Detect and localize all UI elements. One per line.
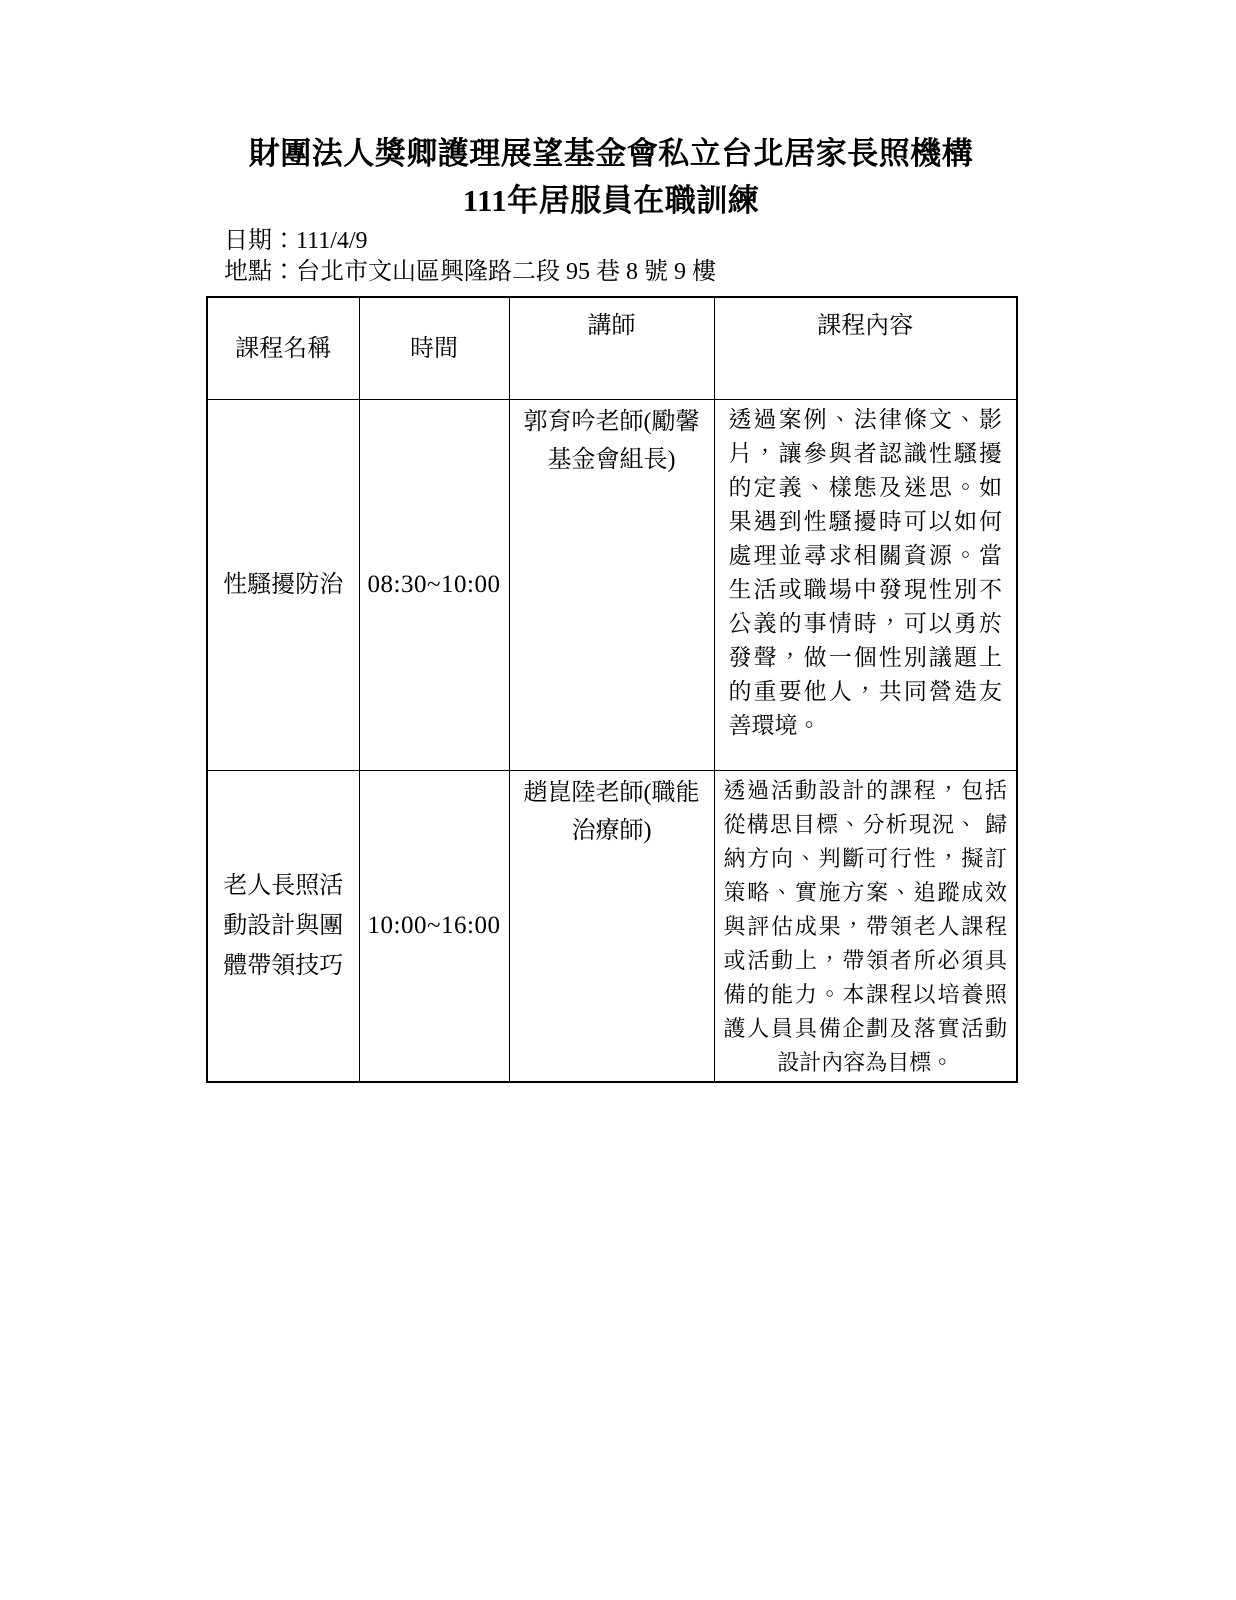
document-title-line1: 財團法人獎卿護理展望基金會私立台北居家長照機構 — [206, 130, 1016, 178]
course-name-cell: 老人長照活動設計與團體帶領技巧 — [207, 770, 359, 1082]
column-header-lecturer: 講師 — [509, 297, 714, 399]
document-body: 財團法人獎卿護理展望基金會私立台北居家長照機構 111年居服員在職訓練 日期：1… — [206, 130, 1016, 1083]
column-header-time: 時間 — [359, 297, 509, 399]
date-line: 日期：111/4/9 — [206, 226, 1016, 257]
time-cell: 10:00~16:00 — [359, 770, 509, 1082]
course-content-cell: 透過案例、法律條文、影片，讓參與者認識性騷擾的定義、樣態及迷思。如果遇到性騷擾時… — [714, 399, 1017, 770]
table-header-row: 課程名稱 時間 講師 課程內容 — [207, 297, 1017, 399]
column-header-course-name: 課程名稱 — [207, 297, 359, 399]
table-row: 老人長照活動設計與團體帶領技巧 10:00~16:00 趙崑陸老師(職能治療師)… — [207, 770, 1017, 1082]
location-line: 地點：台北市文山區興隆路二段 95 巷 8 號 9 樓 — [206, 257, 1016, 288]
course-schedule-table: 課程名稱 時間 講師 課程內容 性騷擾防治 08:30~10:00 郭育吟老師(… — [206, 296, 1018, 1083]
table-row: 性騷擾防治 08:30~10:00 郭育吟老師(勵馨基金會組長) 透過案例、法律… — [207, 399, 1017, 770]
lecturer-cell: 郭育吟老師(勵馨基金會組長) — [509, 399, 714, 770]
document-page: { "page": { "title_line1": "財團法人獎卿護理展望基金… — [0, 0, 1236, 1600]
document-title-line2: 111年居服員在職訓練 — [206, 178, 1016, 224]
lecturer-cell: 趙崑陸老師(職能治療師) — [509, 770, 714, 1082]
course-content-cell: 透過活動設計的課程，包括從構思目標、分析現況、 歸納方向、判斷可行性，擬訂策略、… — [714, 770, 1017, 1082]
column-header-course-content: 課程內容 — [714, 297, 1017, 399]
time-cell: 08:30~10:00 — [359, 399, 509, 770]
course-name-cell: 性騷擾防治 — [207, 399, 359, 770]
